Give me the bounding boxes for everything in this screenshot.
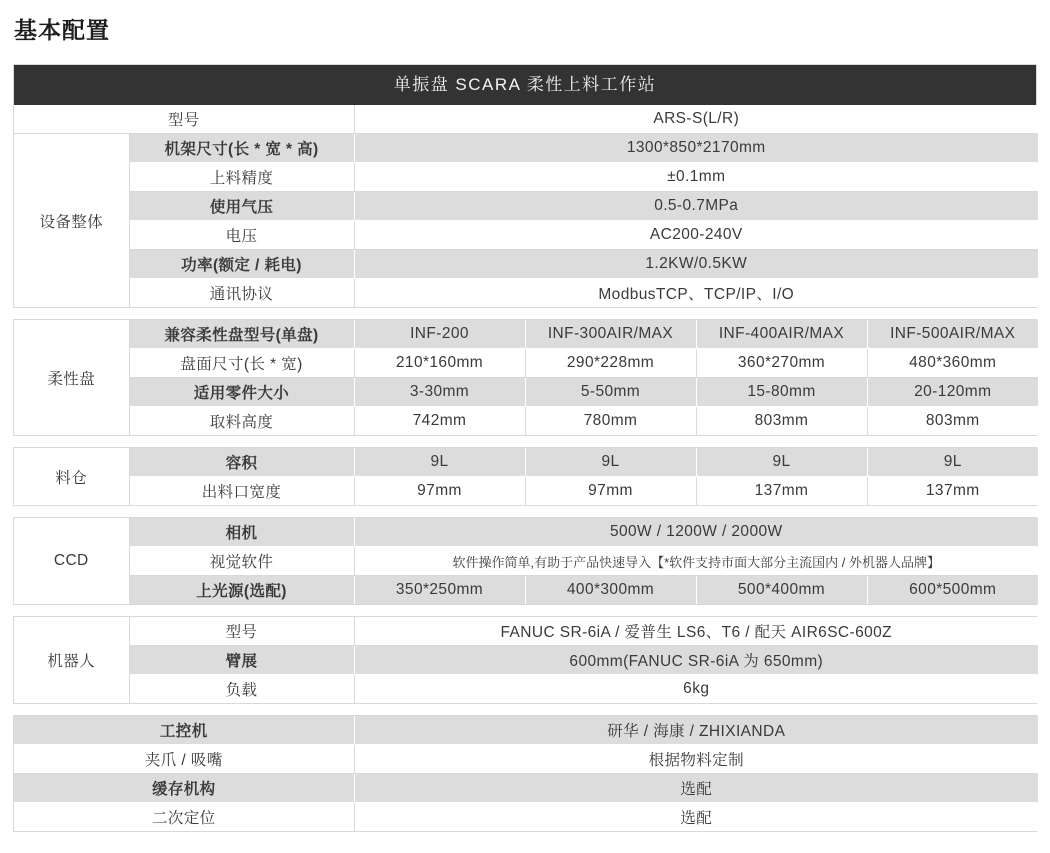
row-value: 803mm (696, 407, 867, 436)
row-label: 上料精度 (129, 163, 354, 192)
row-value: 742mm (354, 407, 525, 436)
row-value: 97mm (354, 477, 525, 506)
table-row: 适用零件大小3-30mm5-50mm15-80mm20-120mm (14, 378, 1038, 407)
row-value: 480*360mm (867, 349, 1038, 378)
row-label: 上光源(选配) (129, 576, 354, 605)
row-value: 5-50mm (525, 378, 696, 407)
row-label: 兼容柔性盘型号(单盘) (129, 320, 354, 349)
row-value: 9L (696, 448, 867, 477)
spec-table: 单振盘 SCARA 柔性上料工作站型号ARS-S(L/R)设备整体机架尺寸(长 … (13, 64, 1037, 832)
row-label: 二次定位 (14, 803, 354, 832)
row-value: 选配 (354, 803, 1038, 832)
row-value: 780mm (525, 407, 696, 436)
table-row: 上料精度±0.1mm (14, 163, 1038, 192)
row-label: 夹爪 / 吸嘴 (14, 745, 354, 774)
row-value: 1300*850*2170mm (354, 134, 1038, 163)
row-value: FANUC SR-6iA / 爱普生 LS6、T6 / 配天 AIR6SC-60… (354, 617, 1038, 646)
row-value: 选配 (354, 774, 1038, 803)
row-label: 相机 (129, 518, 354, 547)
row-value: 600mm(FANUC SR-6iA 为 650mm) (354, 646, 1038, 675)
spec-block: 柔性盘兼容柔性盘型号(单盘)INF-200INF-300AIR/MAXINF-4… (13, 319, 1037, 436)
row-value: 1.2KW/0.5KW (354, 250, 1038, 279)
row-value: 9L (867, 448, 1038, 477)
row-label: 型号 (129, 617, 354, 646)
row-label: 缓存机构 (14, 774, 354, 803)
row-label: 视觉软件 (129, 547, 354, 576)
row-value: INF-300AIR/MAX (525, 320, 696, 349)
table-header: 单振盘 SCARA 柔性上料工作站 (14, 65, 1036, 105)
row-value: ARS-S(L/R) (354, 105, 1038, 134)
group-label: CCD (14, 518, 129, 604)
row-value: 210*160mm (354, 349, 525, 378)
row-value: INF-200 (354, 320, 525, 349)
spec-block: 料仓容积9L9L9L9L出料口宽度97mm97mm137mm137mm (13, 447, 1037, 506)
table-row: 电压AC200-240V (14, 221, 1038, 250)
row-value: 500*400mm (696, 576, 867, 605)
row-value: 软件操作简单,有助于产品快速导入【*软件支持市面大部分主流国内 / 外机器人品牌… (354, 547, 1038, 576)
row-label: 电压 (129, 221, 354, 250)
table-row: 通讯协议ModbusTCP、TCP/IP、I/O (14, 279, 1038, 308)
table-row: 设备整体机架尺寸(长 * 宽 * 高)1300*850*2170mm (14, 134, 1038, 163)
table-row: 工控机研华 / 海康 / ZHIXIANDA (14, 716, 1038, 745)
row-value: 15-80mm (696, 378, 867, 407)
row-label: 工控机 (14, 716, 354, 745)
table-row: 料仓容积9L9L9L9L (14, 448, 1038, 477)
row-label: 机架尺寸(长 * 宽 * 高) (129, 134, 354, 163)
row-label: 盘面尺寸(长 * 宽) (129, 349, 354, 378)
row-label: 取料高度 (129, 407, 354, 436)
row-label: 功率(额定 / 耗电) (129, 250, 354, 279)
row-value: 137mm (867, 477, 1038, 506)
group-label: 设备整体 (14, 134, 129, 308)
row-value: ±0.1mm (354, 163, 1038, 192)
table-row: 取料高度742mm780mm803mm803mm (14, 407, 1038, 436)
table-row: 柔性盘兼容柔性盘型号(单盘)INF-200INF-300AIR/MAXINF-4… (14, 320, 1038, 349)
row-value: 20-120mm (867, 378, 1038, 407)
group-label: 料仓 (14, 448, 129, 505)
table-row: 夹爪 / 吸嘴根据物料定制 (14, 745, 1038, 774)
row-value: 3-30mm (354, 378, 525, 407)
row-value: 400*300mm (525, 576, 696, 605)
row-label: 负载 (129, 675, 354, 704)
row-value: 137mm (696, 477, 867, 506)
row-label: 出料口宽度 (129, 477, 354, 506)
row-value: 360*270mm (696, 349, 867, 378)
row-value: 97mm (525, 477, 696, 506)
row-label: 使用气压 (129, 192, 354, 221)
row-label: 臂展 (129, 646, 354, 675)
row-label: 通讯协议 (129, 279, 354, 308)
row-value: 根据物料定制 (354, 745, 1038, 774)
row-label: 适用零件大小 (129, 378, 354, 407)
row-value: 6kg (354, 675, 1038, 704)
row-value: 350*250mm (354, 576, 525, 605)
spec-page: 基本配置 单振盘 SCARA 柔性上料工作站型号ARS-S(L/R)设备整体机架… (0, 0, 1050, 853)
row-value: AC200-240V (354, 221, 1038, 250)
row-value: INF-500AIR/MAX (867, 320, 1038, 349)
row-value: 研华 / 海康 / ZHIXIANDA (354, 716, 1038, 745)
table-row: 视觉软件软件操作简单,有助于产品快速导入【*软件支持市面大部分主流国内 / 外机… (14, 547, 1038, 576)
spec-block: 单振盘 SCARA 柔性上料工作站型号ARS-S(L/R)设备整体机架尺寸(长 … (13, 64, 1037, 308)
table-row: 缓存机构选配 (14, 774, 1038, 803)
table-row: 负载6kg (14, 675, 1038, 704)
table-row: 臂展600mm(FANUC SR-6iA 为 650mm) (14, 646, 1038, 675)
table-row: 盘面尺寸(长 * 宽)210*160mm290*228mm360*270mm48… (14, 349, 1038, 378)
row-value: 9L (525, 448, 696, 477)
group-label: 机器人 (14, 617, 129, 703)
table-row: 功率(额定 / 耗电)1.2KW/0.5KW (14, 250, 1038, 279)
table-row: 出料口宽度97mm97mm137mm137mm (14, 477, 1038, 506)
table-row: 二次定位选配 (14, 803, 1038, 832)
row-value: 500W / 1200W / 2000W (354, 518, 1038, 547)
row-label: 型号 (14, 105, 354, 134)
table-row: 上光源(选配)350*250mm400*300mm500*400mm600*50… (14, 576, 1038, 605)
page-title: 基本配置 (14, 12, 1037, 45)
table-row: 型号ARS-S(L/R) (14, 105, 1038, 134)
row-value: 9L (354, 448, 525, 477)
row-value: 803mm (867, 407, 1038, 436)
row-value: ModbusTCP、TCP/IP、I/O (354, 279, 1038, 308)
group-label: 柔性盘 (14, 320, 129, 435)
row-label: 容积 (129, 448, 354, 477)
row-value: 600*500mm (867, 576, 1038, 605)
row-value: INF-400AIR/MAX (696, 320, 867, 349)
row-value: 0.5-0.7MPa (354, 192, 1038, 221)
spec-block: 工控机研华 / 海康 / ZHIXIANDA夹爪 / 吸嘴根据物料定制缓存机构选… (13, 715, 1037, 832)
spec-block: 机器人型号FANUC SR-6iA / 爱普生 LS6、T6 / 配天 AIR6… (13, 616, 1037, 704)
row-value: 290*228mm (525, 349, 696, 378)
table-row: 机器人型号FANUC SR-6iA / 爱普生 LS6、T6 / 配天 AIR6… (14, 617, 1038, 646)
table-row: 使用气压0.5-0.7MPa (14, 192, 1038, 221)
spec-block: CCD相机500W / 1200W / 2000W视觉软件软件操作简单,有助于产… (13, 517, 1037, 605)
table-row: CCD相机500W / 1200W / 2000W (14, 518, 1038, 547)
